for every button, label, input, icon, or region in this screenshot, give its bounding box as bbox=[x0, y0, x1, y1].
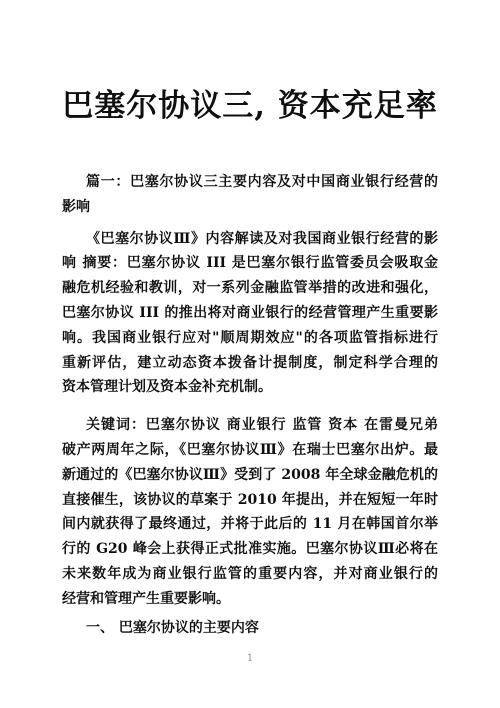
text-line: 巴塞尔协议 III 的推出将对商业银行的经营管理产生重要影 bbox=[62, 301, 438, 326]
paragraph-abstract: 《巴塞尔协议Ⅲ》内容解读及对我国商业银行经营的影 响 摘要：巴塞尔协议 III … bbox=[62, 227, 438, 401]
text-line: 直接催生，该协议的草案于 2010 年提出，并在短短一年时 bbox=[62, 488, 438, 513]
text-line: 破产两周年之际，《巴塞尔协议Ⅲ》在瑞士巴塞尔出炉。最 bbox=[62, 438, 438, 463]
text-line: 重新评估，建立动态资本拨备计提制度，制定科学合理的 bbox=[62, 351, 438, 376]
document-page: 巴塞尔协议三, 资本充足率 篇一：巴塞尔协议三主要内容及对中国商业银行经营的 影… bbox=[0, 0, 500, 708]
document-body: 篇一：巴塞尔协议三主要内容及对中国商业银行经营的 影响 《巴塞尔协议Ⅲ》内容解读… bbox=[62, 170, 438, 640]
text-line: 新通过的《巴塞尔协议Ⅲ》受到了 2008 年全球金融危机的 bbox=[62, 463, 438, 488]
text-line: 未来数年成为商业银行监管的重要内容，并对商业银行的 bbox=[62, 562, 438, 587]
section-heading: 一、 巴塞尔协议的主要内容 bbox=[62, 616, 438, 641]
text-line: 响。我国商业银行应对"顺周期效应"的各项监管指标进行 bbox=[62, 326, 438, 351]
text-line: 响 摘要：巴塞尔协议 III 是巴塞尔银行监管委员会吸取金 bbox=[62, 251, 438, 276]
text-line: 《巴塞尔协议Ⅲ》内容解读及对我国商业银行经营的影 bbox=[62, 227, 438, 252]
text-line: 融危机经验和教训，对一系列金融监管举措的改进和强化， bbox=[62, 276, 438, 301]
text-line: 资本管理计划及资本金补充机制。 bbox=[62, 375, 438, 400]
text-line: 经营和管理产生重要影响。 bbox=[62, 587, 438, 612]
paragraph-keywords: 关键词：巴塞尔协议 商业银行 监管 资本 在雷曼兄弟 破产两周年之际，《巴塞尔协… bbox=[62, 413, 438, 611]
text-line: 行的 G20 峰会上获得正式批准实施。巴塞尔协议Ⅲ必将在 bbox=[62, 537, 438, 562]
text-line: 篇一：巴塞尔协议三主要内容及对中国商业银行经营的 bbox=[62, 170, 438, 195]
text-line: 一、 巴塞尔协议的主要内容 bbox=[62, 616, 438, 641]
document-title: 巴塞尔协议三, 资本充足率 bbox=[0, 84, 500, 128]
page-number: 1 bbox=[0, 653, 500, 665]
text-line: 间内就获得了最终通过，并将于此后的 11 月在韩国首尔举 bbox=[62, 512, 438, 537]
text-line: 关键词：巴塞尔协议 商业银行 监管 资本 在雷曼兄弟 bbox=[62, 413, 438, 438]
paragraph-intro: 篇一：巴塞尔协议三主要内容及对中国商业银行经营的 影响 bbox=[62, 170, 438, 220]
text-line: 影响 bbox=[62, 195, 438, 220]
